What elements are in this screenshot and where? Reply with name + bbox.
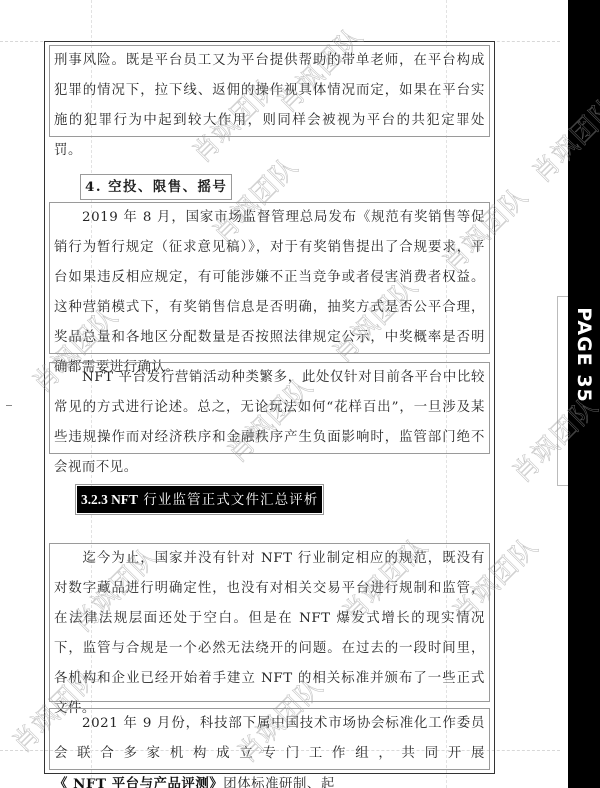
paragraph-text: 团体标准研制、起 [223, 777, 335, 788]
page-number-label: PAGE 35 [568, 300, 600, 410]
paragraph-criminal-risk: 刑事风险。既是平台员工又为平台提供帮助的带单老师，在平台构成犯罪的情况下，拉下线… [49, 45, 490, 137]
heading-airdrop-section: 4. 空投、限售、摇号 [80, 174, 232, 200]
paragraph-regulatory-gap: 迄今为止，国家并没有针对 NFT 行业制定相应的规范，既没有对数字藏品进行明确定… [49, 543, 490, 702]
page-number: PAGE 35 [573, 307, 595, 403]
paragraph-nft-standard: 2021 年 9 月份，科技部下属中国技术市场协会标准化工作委员会联合多家机构成… [49, 708, 490, 770]
margin-tick [6, 405, 12, 406]
heading-regulation-section: 3.2.3 NFT 行业监管正式文件汇总评析 [77, 486, 322, 513]
paragraph-text: 2021 年 9 月份，科技部下属中国技术市场协会标准化工作委员会联合多家机构成… [54, 716, 485, 761]
paragraph-nft-marketing: NFT 平台发行营销活动种类繁多，此处仅针对目前各平台中比较常见的方式进行论述。… [49, 362, 490, 454]
paragraph-text: 2019 年 8 月，国家市场监督管理总局发布《规范有奖销售等促销行为暂行规定（… [54, 210, 485, 375]
paragraph-text: 迄今为止，国家并没有针对 NFT 行业制定相应的规范，既没有对数字藏品进行明确定… [54, 551, 485, 716]
standard-title: 《 NFT 平台与产品评测》 [54, 776, 223, 788]
page-marker [557, 296, 568, 486]
heading-text: 行业监管正式文件汇总评析 [138, 493, 319, 508]
heading-number: 3.2.3 NFT [81, 492, 138, 507]
paragraph-promotion-rules: 2019 年 8 月，国家市场监督管理总局发布《规范有奖销售等促销行为暂行规定（… [49, 202, 490, 354]
heading-text: 4. 空投、限售、摇号 [85, 179, 227, 195]
